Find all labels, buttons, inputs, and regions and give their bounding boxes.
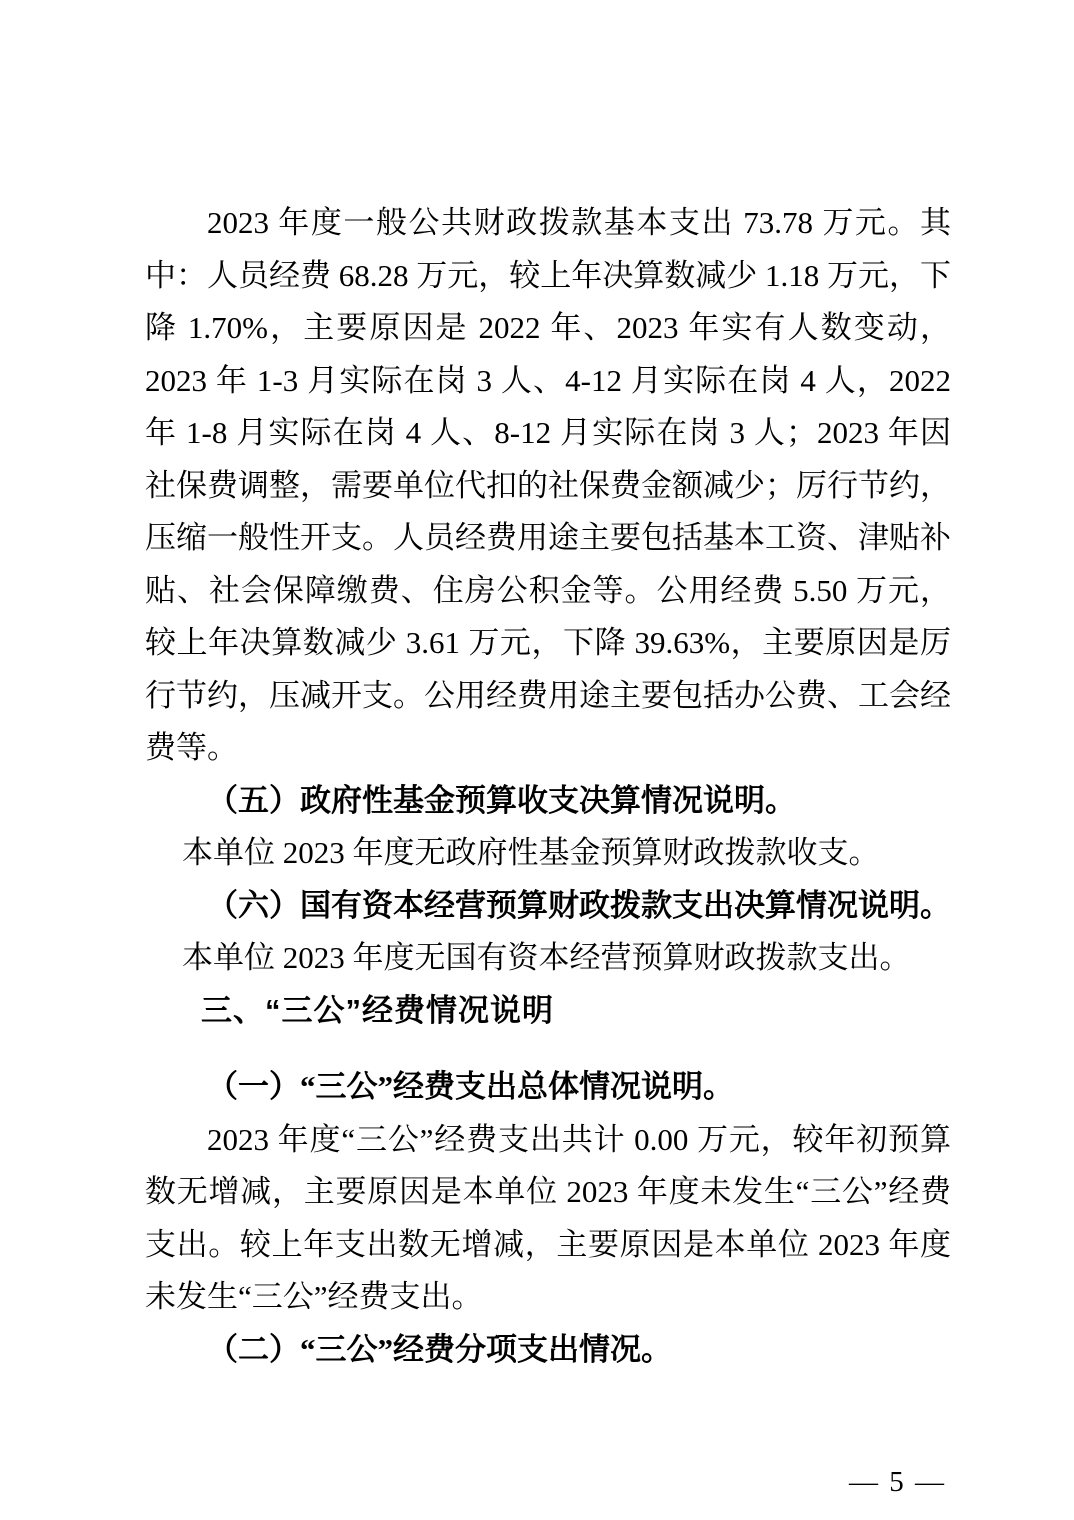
heading-section-3-three-public-funds: 三、“三公”经费情况说明 bbox=[145, 985, 951, 1038]
heading-item-2-three-public-itemized: （二）“三公”经费分项支出情况。 bbox=[145, 1324, 951, 1377]
page-number: — 5 — bbox=[849, 1464, 946, 1500]
para-three-public-total-expenditure: 2023 年度“三公”经费支出共计 0.00 万元，较年初预算数无增减，主要原因… bbox=[145, 1114, 951, 1324]
document-body: 2023 年度一般公共财政拨款基本支出 73.78 万元。其中：人员经费 68.… bbox=[145, 197, 951, 1376]
para-general-budget-basic-expenditure: 2023 年度一般公共财政拨款基本支出 73.78 万元。其中：人员经费 68.… bbox=[145, 197, 951, 775]
heading-item-5-govt-fund-budget: （五）政府性基金预算收支决算情况说明。 bbox=[145, 775, 951, 828]
heading-item-1-three-public-overall: （一）“三公”经费支出总体情况说明。 bbox=[145, 1061, 951, 1114]
document-page: 2023 年度一般公共财政拨款基本支出 73.78 万元。其中：人员经费 68.… bbox=[0, 0, 1074, 1520]
para-no-govt-fund-budget: 本单位 2023 年度无政府性基金预算财政拨款收支。 bbox=[145, 827, 951, 880]
para-no-state-capital-budget: 本单位 2023 年度无国有资本经营预算财政拨款支出。 bbox=[145, 932, 951, 985]
heading-item-6-state-capital-budget: （六）国有资本经营预算财政拨款支出决算情况说明。 bbox=[145, 880, 951, 933]
